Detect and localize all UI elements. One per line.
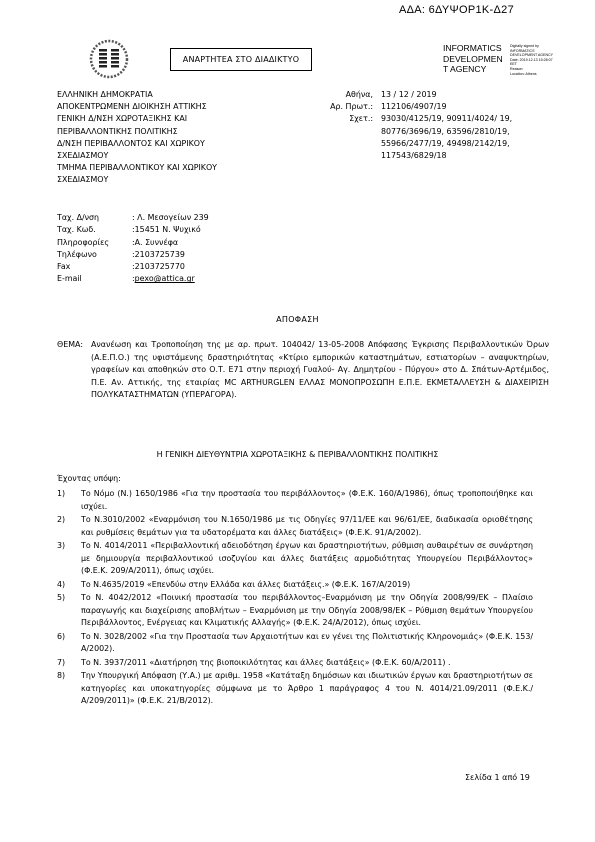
item-number: 7) (57, 657, 81, 670)
contact-fax: Fax :2103725770 (57, 261, 209, 273)
protocol-number: 112106/4907/19 (381, 101, 561, 113)
subject-text: Ανανέωση και Τροποποίηση της με αρ. πρωτ… (91, 339, 549, 402)
contact-info-person: Πληροφορίες :Α. Συννέφα (57, 237, 209, 249)
related-line: 80776/3696/19, 63596/2810/19, (381, 126, 561, 138)
item-text: Το Ν. 4042/2012 «Ποινική προστασία του π… (81, 592, 533, 630)
related-line: 93030/4125/19, 90911/4024/ 19, (381, 113, 561, 125)
decision-title: ΑΠΟΦΑΣΗ (0, 315, 595, 324)
org-line: ΤΜΗΜΑ ΠΕΡΙΒΑΛΛΟΝΤΙΚΟΥ ΚΑΙ ΧΩΡΙΚΟΥ (57, 162, 217, 174)
signature-org-line: DEVELOPMEN (443, 54, 503, 65)
document-meta: Αθήνα, 13 / 12 / 2019 Αρ. Πρωτ.: 112106/… (320, 89, 561, 162)
subject-section: ΘΕΜΑ: Ανανέωση και Τροποποίηση της με αρ… (57, 339, 557, 402)
contact-label: Πληροφορίες (57, 237, 132, 249)
item-number: 8) (57, 670, 81, 708)
related-label: Σχετ.: (320, 113, 381, 162)
contact-info: Ταχ. Δ/νση : Λ. Μεσογείων 239 Ταχ. Κωδ. … (57, 212, 209, 286)
director-heading: Η ΓΕΝΙΚΗ ΔΙΕΥΘΥΝΤΡΙΑ ΧΩΡΟΤΑΞΙΚΗΣ & ΠΕΡΙΒ… (0, 450, 595, 459)
contact-value: :2103725770 (132, 261, 185, 273)
page-number: Σελίδα 1 από 19 (465, 773, 530, 782)
item-number: 6) (57, 631, 81, 656)
protocol-row: Αρ. Πρωτ.: 112106/4907/19 (320, 101, 561, 113)
signature-detail-line: Location: Athens (510, 72, 553, 77)
org-line: ΠΕΡΙΒΑΛΛΟΝΤΙΚΗΣ ΠΟΛΙΤΙΚΗΣ (57, 126, 217, 138)
list-item: 6) Το Ν. 3028/2002 «Για την Προστασία τω… (57, 631, 553, 656)
protocol-label: Αρ. Πρωτ.: (320, 101, 381, 113)
contact-email: E-mail :pexo@attica.gr (57, 273, 209, 285)
digital-signature-org: INFORMATICS DEVELOPMEN T AGENCY (443, 43, 503, 75)
contact-label: E-mail (57, 273, 132, 285)
related-list: 93030/4125/19, 90911/4024/ 19, 80776/369… (381, 113, 561, 162)
document-date: 13 / 12 / 2019 (381, 89, 561, 101)
contact-value: :Α. Συννέφα (132, 237, 178, 249)
list-item: 5) Το Ν. 4042/2012 «Ποινική προστασία το… (57, 592, 553, 630)
email-link[interactable]: pexo@attica.gr (135, 273, 195, 285)
list-item: 8) Την Υπουργική Απόφαση (Υ.Α.) με αριθμ… (57, 670, 553, 708)
org-line: ΕΛΛΗΝΙΚΗ ΔΗΜΟΚΡΑΤΙΑ (57, 89, 217, 101)
list-item: 3) Το Ν. 4014/2011 «Περιβαλλοντική αδειο… (57, 540, 553, 578)
signature-org-line: T AGENCY (443, 64, 503, 75)
item-number: 2) (57, 514, 81, 539)
org-line: ΣΧΕΔΙΑΣΜΟΥ (57, 174, 217, 186)
contact-value: :15451 Ν. Ψυχικό (132, 224, 201, 236)
post-online-notice: ΑΝΑΡΤΗΤΕΑ ΣΤΟ ΔΙΑΔΙΚΤΥΟ (170, 48, 312, 71)
contact-value: : Λ. Μεσογείων 239 (132, 212, 209, 224)
item-text: Το Ν. 3028/2002 «Για την Προστασία των Α… (81, 631, 533, 656)
related-row: Σχετ.: 93030/4125/19, 90911/4024/ 19, 80… (320, 113, 561, 162)
item-text: Το Ν.4635/2019 «Επενδύω στην Ελλάδα και … (81, 579, 533, 592)
item-number: 5) (57, 592, 81, 630)
list-item: 4) Το Ν.4635/2019 «Επενδύω στην Ελλάδα κ… (57, 579, 553, 592)
list-item: 1) Το Νόμο (Ν.) 1650/1986 «Για την προστ… (57, 488, 553, 513)
subject-label: ΘΕΜΑ: (57, 339, 91, 402)
item-number: 4) (57, 579, 81, 592)
post-online-label: ΑΝΑΡΤΗΤΕΑ ΣΤΟ ΔΙΑΔΙΚΤΥΟ (183, 55, 299, 64)
org-line: ΣΧΕΔΙΑΣΜΟΥ (57, 150, 217, 162)
item-text: Το Νόμο (Ν.) 1650/1986 «Για την προστασί… (81, 488, 533, 513)
org-line: ΓΕΝΙΚΗ Δ/ΝΣΗ ΧΩΡΟΤΑΞΙΚΗΣ ΚΑΙ (57, 113, 217, 125)
ada-code: ΑΔΑ: 6ΔΥΨΟΡ1Κ-Δ27 (399, 4, 514, 16)
date-row: Αθήνα, 13 / 12 / 2019 (320, 89, 561, 101)
org-line: Δ/ΝΣΗ ΠΕΡΙΒΑΛΛΟΝΤΟΣ ΚΑΙ ΧΩΡΙΚΟΥ (57, 138, 217, 150)
contact-label: Ταχ. Δ/νση (57, 212, 132, 224)
item-number: 1) (57, 488, 81, 513)
contact-phone: Τηλέφωνο :2103725739 (57, 249, 209, 261)
item-text: Την Υπουργική Απόφαση (Υ.Α.) με αριθμ. 1… (81, 670, 533, 708)
contact-label: Τηλέφωνο (57, 249, 132, 261)
contact-value: :2103725739 (132, 249, 185, 261)
org-line: ΑΠΟΚΕΝΤΡΩΜΕΝΗ ΔΙΟΙΚΗΣΗ ΑΤΤΙΚΗΣ (57, 101, 217, 113)
item-number: 3) (57, 540, 81, 578)
related-line: 117543/6829/18 (381, 150, 561, 162)
legal-basis-list: 1) Το Νόμο (Ν.) 1650/1986 «Για την προστ… (57, 488, 553, 709)
issuing-organization: ΕΛΛΗΝΙΚΗ ΔΗΜΟΚΡΑΤΙΑ ΑΠΟΚΕΝΤΡΩΜΕΝΗ ΔΙΟΙΚΗ… (57, 89, 217, 187)
contact-label: Fax (57, 261, 132, 273)
list-item: 7) Το Ν. 3937/2011 «Διατήρηση της βιοποι… (57, 657, 553, 670)
digital-signature-details: Digitally signed by INFORMATICS DEVELOPM… (510, 44, 553, 76)
greek-emblem-icon (88, 38, 130, 80)
item-text: Το Ν. 3937/2011 «Διατήρηση της βιοποικιλ… (81, 657, 533, 670)
list-item: 2) Το Ν.3010/2002 «Εναρμόνιση του Ν.1650… (57, 514, 553, 539)
related-line: 55966/2477/19, 49498/2142/19, (381, 138, 561, 150)
signature-org-line: INFORMATICS (443, 43, 503, 54)
contact-address: Ταχ. Δ/νση : Λ. Μεσογείων 239 (57, 212, 209, 224)
item-text: Το Ν. 4014/2011 «Περιβαλλοντική αδειοδότ… (81, 540, 533, 578)
considering-label: Έχοντας υπόψη: (57, 474, 121, 483)
item-text: Το Ν.3010/2002 «Εναρμόνιση του Ν.1650/19… (81, 514, 533, 539)
contact-label: Ταχ. Κωδ. (57, 224, 132, 236)
place-label: Αθήνα, (320, 89, 381, 101)
contact-postcode: Ταχ. Κωδ. :15451 Ν. Ψυχικό (57, 224, 209, 236)
